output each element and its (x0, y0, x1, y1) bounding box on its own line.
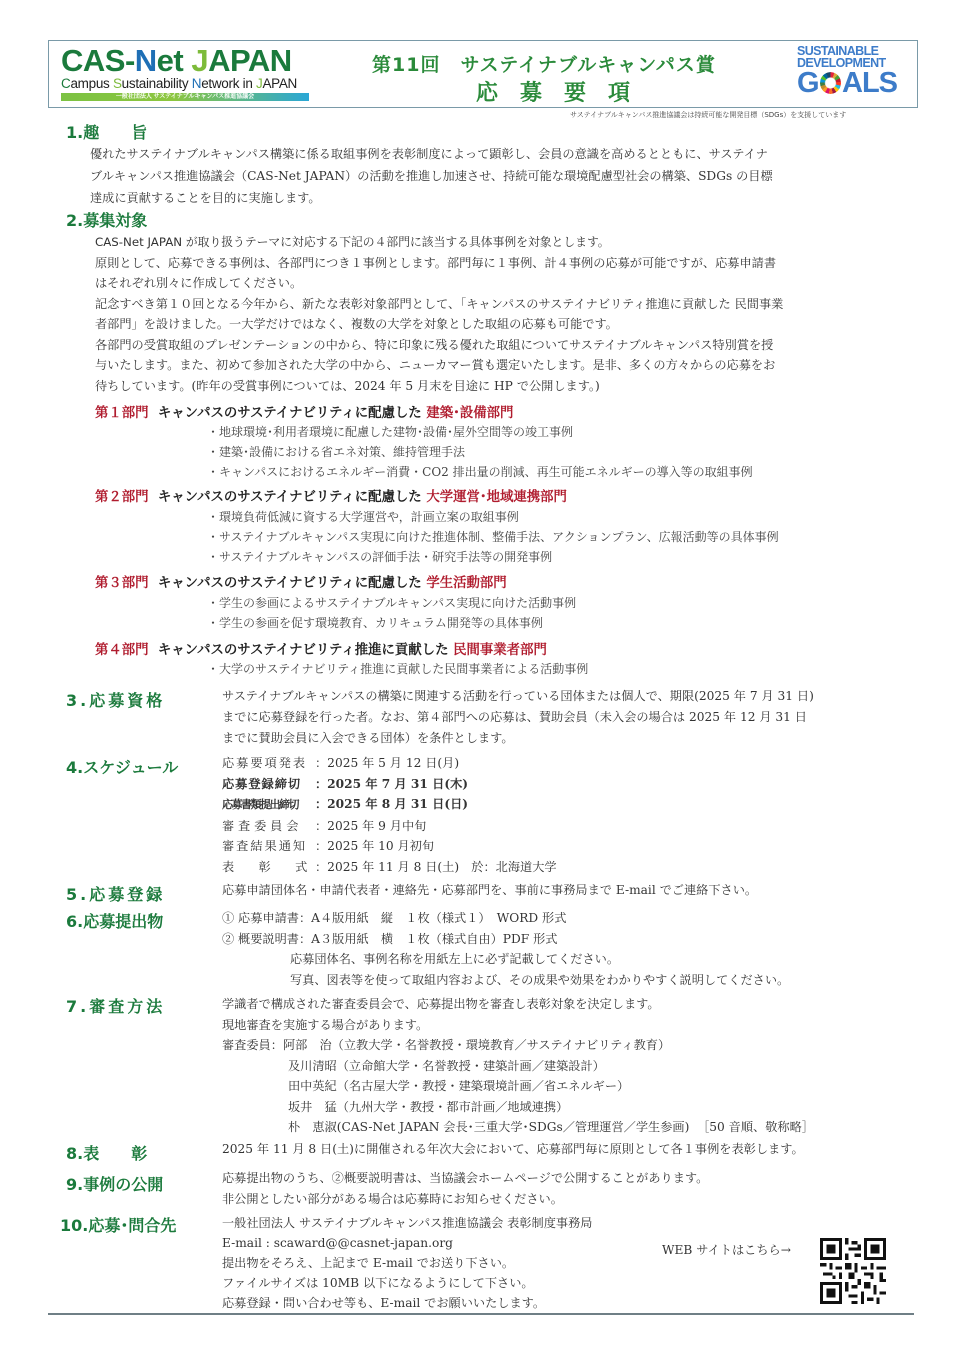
section-1-body: 優れたサステイナブルキャンパス構築に係る取組事例を表彰制度によって顕彰し、会員の… (90, 143, 773, 209)
page-title-guidelines: 応募要項 (476, 76, 652, 107)
department-4-items: ・大学のサステイナビリティ推進に貢献した民間事業者による活動事例 (207, 659, 588, 679)
section-5-body: 応募申請団体名・申請代表者・連絡先・応募部門を、事前に事務局まで E-mail … (222, 882, 757, 898)
qr-code-icon[interactable] (820, 1238, 886, 1304)
sdgs-logo: SUSTAINABLE DEVELOPMENT GALS (797, 45, 897, 97)
schedule-row: 応募要項発表：2025 年 5 月 12 日(月) (222, 753, 557, 774)
section-10-heading: 10.応募･問合先 (60, 1213, 176, 1236)
section-1-heading: 1.趣 旨 (66, 120, 147, 143)
section-9-body: 応募提出物のうち、②概要説明書は、当協議会ホームページで公開することがあります。… (222, 1168, 708, 1210)
list-item: ・キャンパスにおけるエネルギー消費・CO2 排出量の削減、再生可能エネルギーの導… (207, 462, 753, 482)
list-item: ・サステイナブルキャンパス実現に向けた推進体制、整備手法、アクションプラン、広報… (207, 527, 779, 547)
department-2-heading: 第２部門 キャンパスのサステイナビリティに配慮した 大学運営･地域連携部門 (95, 486, 567, 505)
sdgs-support-note: サステイナブルキャンパス推進協議会は持続可能な開発目標（SDGs）を支援していま… (570, 110, 846, 120)
department-3-items: ・学生の参画によるサステイナブルキャンパス実現に向けた活動事例 ・学生の参画を促… (207, 593, 576, 633)
cas-net-japan-logo: CAS-Net JAPAN Campus Sustainability Netw… (61, 45, 311, 103)
bottom-divider (48, 1313, 914, 1315)
section-9-heading: 9.事例の公開 (66, 1172, 163, 1195)
schedule-row: 表 彰 式：2025 年 11 月 8 日(土) 於：北海道大学 (222, 857, 557, 878)
list-item: ・学生の参画によるサステイナブルキャンパス実現に向けた活動事例 (207, 593, 576, 613)
logo-subtitle: Campus Sustainability Network in JAPAN (61, 76, 311, 91)
contact-email[interactable]: E-mail : scaward@@casnet-japan.org (222, 1233, 592, 1253)
department-1-items: ・地球環境･利用者環境に配慮した建物･設備･屋外空間等の竣工事例 ・建築･設備に… (207, 422, 753, 482)
section-3-heading: 3.応募資格 (66, 688, 165, 711)
section-2-body: CAS-Net JAPAN が取り扱うテーマに対応する下記の４部門に該当する具体… (95, 232, 783, 396)
schedule-row: 応募登録締切：2025 年 7 月 31 日(木) (222, 774, 557, 795)
judges-note: ［50 音順、敬称略］ (697, 1120, 814, 1134)
section-6-body: ① 応募申請書：A４版用紙 縦 １枚（様式１） WORD 形式 ② 概要説明書：… (222, 908, 789, 990)
section-10-body: 一般社団法人 サステイナブルキャンパス推進協議会 表彰制度事務局 E-mail … (222, 1213, 592, 1313)
section-4-heading: 4.スケジュール (66, 755, 178, 778)
schedule-row: 審 査 委 員 会：2025 年 9 月中旬 (222, 816, 557, 837)
section-8-body: 2025 年 11 月 8 日(土)に開催される年次大会において、応募部門毎に原… (222, 1141, 804, 1157)
schedule-row: 審査結果通知：2025 年 10 月初旬 (222, 836, 557, 857)
department-2-items: ・環境負荷低減に資する大学運営や，計画立案の取組事例 ・サステイナブルキャンパス… (207, 507, 779, 567)
logo-gradient-bar: 一般社団法人 サステイナブルキャンパス推進協議会 (61, 93, 309, 101)
list-item: ・建築･設備における省エネ対策、維持管理手法 (207, 442, 753, 462)
department-3-heading: 第３部門 キャンパスのサステイナビリティに配慮した 学生活動部門 (95, 572, 507, 591)
section-7-heading: 7.審査方法 (66, 994, 165, 1017)
section-6-heading: 6.応募提出物 (66, 909, 163, 932)
sdgs-wheel-icon (820, 72, 841, 94)
list-item: ・環境負荷低減に資する大学運営や，計画立案の取組事例 (207, 507, 779, 527)
section-2-heading: 2.募集対象 (66, 208, 147, 231)
section-3-body: サステイナブルキャンパスの構築に関連する活動を行っている団体または個人で、期限(… (222, 686, 814, 749)
schedule-row: 応募書類提出締切：2025 年 8 月 31 日(日) (222, 794, 557, 816)
page-title-award: 第11回 サステイナブルキャンパス賞 (372, 50, 716, 77)
department-4-heading: 第４部門 キャンパスのサステイナビリティ推進に貢献した 民間事業者部門 (95, 639, 547, 658)
section-7-body: 学識者で構成された審査委員会で、応募提出物を審査し表彰対象を決定します。 現地審… (222, 994, 814, 1138)
logo-wordmark: CAS-Net JAPAN (61, 45, 311, 76)
section-5-heading: 5.応募登録 (66, 882, 165, 905)
department-1-heading: 第１部門 キャンパスのサステイナビリティに配慮した 建築･設備部門 (95, 402, 513, 421)
judges-list: 審査委員：阿部 治（立教大学・名誉教授・環境教育／サステイナビリティ教育） (222, 1035, 814, 1056)
list-item: ・学生の参画を促す環境教育、カリキュラム開発等の具体事例 (207, 613, 576, 633)
list-item: ・大学のサステイナビリティ推進に貢献した民間事業者による活動事例 (207, 659, 588, 679)
section-8-heading: 8.表 彰 (66, 1141, 147, 1164)
list-item: ・サステイナブルキャンパスの評価手法・研究手法等の開発事例 (207, 547, 779, 567)
list-item: ・地球環境･利用者環境に配慮した建物･設備･屋外空間等の竣工事例 (207, 422, 753, 442)
schedule-table: 応募要項発表：2025 年 5 月 12 日(月) 応募登録締切：2025 年 … (222, 753, 557, 877)
website-link-label: WEB サイトはこちら→ (662, 1242, 791, 1258)
